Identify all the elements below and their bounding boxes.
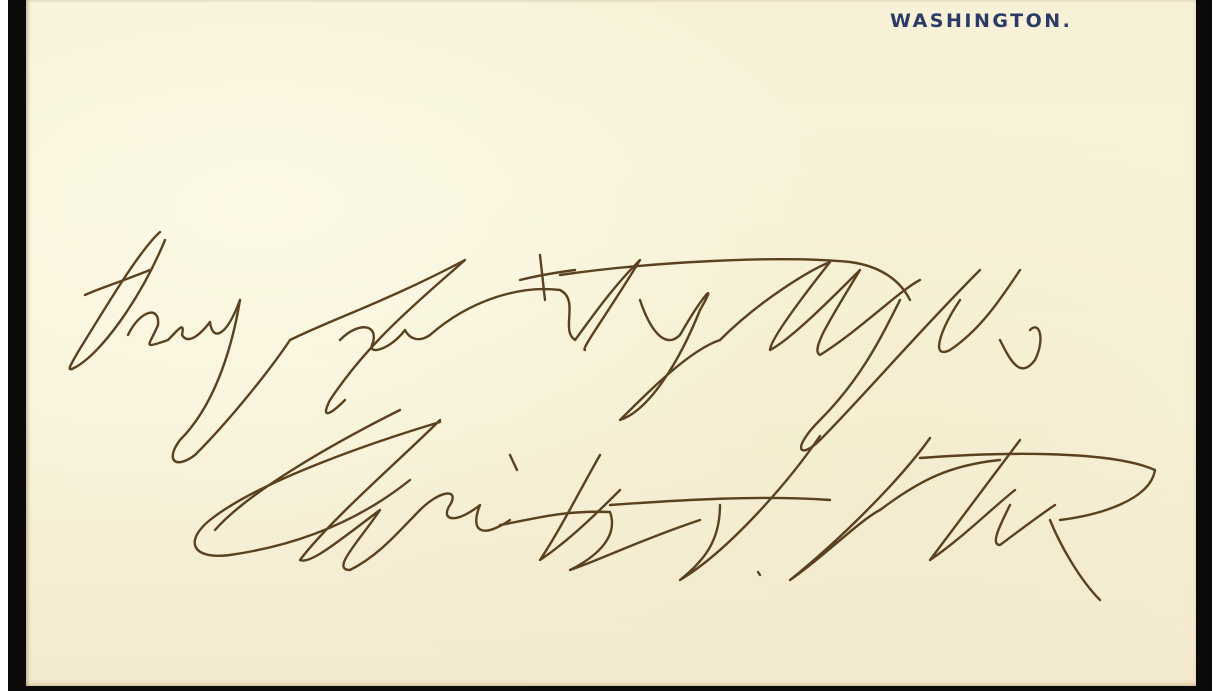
handwriting [0, 0, 1230, 691]
closing-script [70, 232, 1041, 462]
signature-script [195, 410, 1155, 600]
